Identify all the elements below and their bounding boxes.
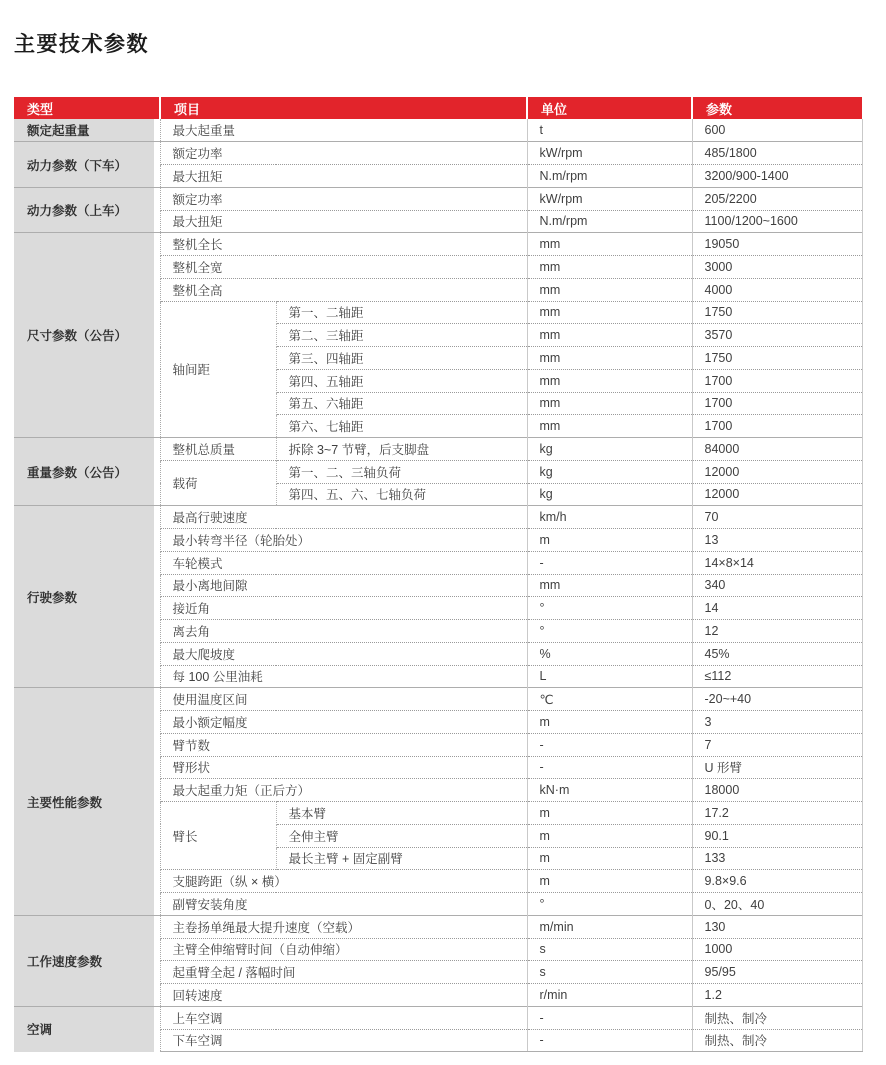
spec-table: 类型 项目 单位 参数 额定起重量最大起重量t600动力参数（下车）额定功率kW… bbox=[14, 97, 863, 1052]
value-cell: 1.2 bbox=[692, 984, 862, 1007]
value-cell: U 形臂 bbox=[692, 756, 862, 779]
item-cell: 使用温度区间 bbox=[160, 688, 527, 711]
item-cell: 臂节数 bbox=[160, 733, 527, 756]
header-param: 参数 bbox=[692, 97, 862, 119]
value-cell: 45% bbox=[692, 642, 862, 665]
unit-cell: mm bbox=[527, 301, 692, 324]
unit-cell: m bbox=[527, 711, 692, 734]
value-cell: 7 bbox=[692, 733, 862, 756]
value-cell: 17.2 bbox=[692, 802, 862, 825]
value-cell: 12 bbox=[692, 620, 862, 643]
table-row: 工作速度参数主卷扬单绳最大提升速度（空载）m/min130 bbox=[14, 915, 862, 938]
table-row: 额定起重量最大起重量t600 bbox=[14, 119, 862, 142]
value-cell: 600 bbox=[692, 119, 862, 142]
unit-cell: m/min bbox=[527, 915, 692, 938]
item-cell: 最大扭矩 bbox=[160, 165, 527, 188]
category-cell: 尺寸参数（公告） bbox=[14, 233, 160, 438]
unit-cell: - bbox=[527, 551, 692, 574]
unit-cell: kg bbox=[527, 460, 692, 483]
unit-cell: mm bbox=[527, 233, 692, 256]
item-cell: 最高行驶速度 bbox=[160, 506, 527, 529]
item-cell: 回转速度 bbox=[160, 984, 527, 1007]
value-cell: -20~+40 bbox=[692, 688, 862, 711]
value-cell: 340 bbox=[692, 574, 862, 597]
category-cell: 空调 bbox=[14, 1006, 160, 1052]
unit-cell: ° bbox=[527, 597, 692, 620]
sub-item-cell: 第五、六轴距 bbox=[276, 392, 527, 415]
item-cell: 接近角 bbox=[160, 597, 527, 620]
unit-cell: m bbox=[527, 847, 692, 870]
value-cell: 1700 bbox=[692, 369, 862, 392]
table-header: 类型 项目 单位 参数 bbox=[14, 97, 862, 119]
value-cell: 485/1800 bbox=[692, 142, 862, 165]
item-cell: 载荷 bbox=[160, 460, 276, 506]
category-cell: 动力参数（下车） bbox=[14, 142, 160, 188]
value-cell: 130 bbox=[692, 915, 862, 938]
unit-cell: mm bbox=[527, 392, 692, 415]
unit-cell: r/min bbox=[527, 984, 692, 1007]
category-cell: 行驶参数 bbox=[14, 506, 160, 688]
value-cell: 3 bbox=[692, 711, 862, 734]
value-cell: 制热、制冷 bbox=[692, 1029, 862, 1052]
item-cell: 最小离地间隙 bbox=[160, 574, 527, 597]
unit-cell: L bbox=[527, 665, 692, 688]
item-cell: 主卷扬单绳最大提升速度（空载） bbox=[160, 915, 527, 938]
table-row: 重量参数（公告）整机总质量拆除 3~7 节臂，后支脚盘kg84000 bbox=[14, 438, 862, 461]
value-cell: 12000 bbox=[692, 460, 862, 483]
unit-cell: N.m/rpm bbox=[527, 165, 692, 188]
table-row: 行驶参数最高行驶速度km/h70 bbox=[14, 506, 862, 529]
item-cell: 最大扭矩 bbox=[160, 210, 527, 233]
item-cell: 起重臂全起 / 落幅时间 bbox=[160, 961, 527, 984]
unit-cell: % bbox=[527, 642, 692, 665]
unit-cell: m bbox=[527, 870, 692, 893]
sub-item-cell: 第四、五、六、七轴负荷 bbox=[276, 483, 527, 506]
sub-item-cell: 第一、二、三轴负荷 bbox=[276, 460, 527, 483]
value-cell: 205/2200 bbox=[692, 187, 862, 210]
unit-cell: - bbox=[527, 1029, 692, 1052]
item-cell: 臂长 bbox=[160, 802, 276, 870]
item-cell: 整机全宽 bbox=[160, 256, 527, 279]
category-cell: 动力参数（上车） bbox=[14, 187, 160, 233]
header-unit: 单位 bbox=[527, 97, 692, 119]
sub-item-cell: 第四、五轴距 bbox=[276, 369, 527, 392]
category-cell: 主要性能参数 bbox=[14, 688, 160, 916]
item-cell: 最大起重量 bbox=[160, 119, 527, 142]
unit-cell: s bbox=[527, 961, 692, 984]
page-title: 主要技术参数 bbox=[14, 33, 862, 57]
value-cell: 1750 bbox=[692, 301, 862, 324]
item-cell: 上车空调 bbox=[160, 1006, 527, 1029]
value-cell: 90.1 bbox=[692, 824, 862, 847]
item-cell: 最大起重力矩（正后方） bbox=[160, 779, 527, 802]
item-cell: 额定功率 bbox=[160, 142, 527, 165]
sub-item-cell: 拆除 3~7 节臂，后支脚盘 bbox=[276, 438, 527, 461]
value-cell: 1100/1200~1600 bbox=[692, 210, 862, 233]
sub-item-cell: 第三、四轴距 bbox=[276, 347, 527, 370]
value-cell: 1000 bbox=[692, 938, 862, 961]
value-cell: 13 bbox=[692, 529, 862, 552]
table-body: 额定起重量最大起重量t600动力参数（下车）额定功率kW/rpm485/1800… bbox=[14, 119, 862, 1052]
value-cell: 4000 bbox=[692, 278, 862, 301]
unit-cell: m bbox=[527, 802, 692, 825]
sub-item-cell: 第一、二轴距 bbox=[276, 301, 527, 324]
value-cell: 70 bbox=[692, 506, 862, 529]
unit-cell: ° bbox=[527, 893, 692, 916]
item-cell: 最小转弯半径（轮胎处） bbox=[160, 529, 527, 552]
value-cell: 3570 bbox=[692, 324, 862, 347]
unit-cell: ° bbox=[527, 620, 692, 643]
header-item: 项目 bbox=[160, 97, 527, 119]
item-cell: 整机全高 bbox=[160, 278, 527, 301]
value-cell: ≤112 bbox=[692, 665, 862, 688]
unit-cell: km/h bbox=[527, 506, 692, 529]
table-row: 动力参数（下车）额定功率kW/rpm485/1800 bbox=[14, 142, 862, 165]
unit-cell: kW/rpm bbox=[527, 187, 692, 210]
item-cell: 下车空调 bbox=[160, 1029, 527, 1052]
table-row: 空调上车空调-制热、制冷 bbox=[14, 1006, 862, 1029]
unit-cell: kg bbox=[527, 483, 692, 506]
unit-cell: mm bbox=[527, 369, 692, 392]
unit-cell: mm bbox=[527, 574, 692, 597]
unit-cell: m bbox=[527, 824, 692, 847]
item-cell: 支腿跨距（纵 × 横） bbox=[160, 870, 527, 893]
page: 主要技术参数 类型 项目 单位 参数 额定起重量最大起重量t600动力参数（下车… bbox=[0, 0, 886, 1052]
unit-cell: kg bbox=[527, 438, 692, 461]
item-cell: 最大爬坡度 bbox=[160, 642, 527, 665]
value-cell: 133 bbox=[692, 847, 862, 870]
category-cell: 工作速度参数 bbox=[14, 915, 160, 1006]
category-cell: 额定起重量 bbox=[14, 119, 160, 142]
sub-item-cell: 第六、七轴距 bbox=[276, 415, 527, 438]
value-cell: 1700 bbox=[692, 392, 862, 415]
unit-cell: t bbox=[527, 119, 692, 142]
value-cell: 19050 bbox=[692, 233, 862, 256]
item-cell: 主臂全伸缩臂时间（自动伸缩） bbox=[160, 938, 527, 961]
table-row: 主要性能参数使用温度区间℃-20~+40 bbox=[14, 688, 862, 711]
unit-cell: mm bbox=[527, 415, 692, 438]
sub-item-cell: 最长主臂 + 固定副臂 bbox=[276, 847, 527, 870]
sub-item-cell: 基本臂 bbox=[276, 802, 527, 825]
item-cell: 每 100 公里油耗 bbox=[160, 665, 527, 688]
unit-cell: ℃ bbox=[527, 688, 692, 711]
unit-cell: kW/rpm bbox=[527, 142, 692, 165]
unit-cell: mm bbox=[527, 278, 692, 301]
unit-cell: m bbox=[527, 529, 692, 552]
unit-cell: N.m/rpm bbox=[527, 210, 692, 233]
value-cell: 3000 bbox=[692, 256, 862, 279]
item-cell: 额定功率 bbox=[160, 187, 527, 210]
value-cell: 3200/900-1400 bbox=[692, 165, 862, 188]
unit-cell: mm bbox=[527, 347, 692, 370]
item-cell: 副臂安装角度 bbox=[160, 893, 527, 916]
value-cell: 0、20、40 bbox=[692, 893, 862, 916]
value-cell: 制热、制冷 bbox=[692, 1006, 862, 1029]
item-cell: 轴间距 bbox=[160, 301, 276, 438]
item-cell: 车轮模式 bbox=[160, 551, 527, 574]
category-cell: 重量参数（公告） bbox=[14, 438, 160, 506]
value-cell: 84000 bbox=[692, 438, 862, 461]
table-row: 动力参数（上车）额定功率kW/rpm205/2200 bbox=[14, 187, 862, 210]
value-cell: 18000 bbox=[692, 779, 862, 802]
value-cell: 14×8×14 bbox=[692, 551, 862, 574]
sub-item-cell: 全伸主臂 bbox=[276, 824, 527, 847]
value-cell: 1750 bbox=[692, 347, 862, 370]
value-cell: 9.8×9.6 bbox=[692, 870, 862, 893]
value-cell: 14 bbox=[692, 597, 862, 620]
value-cell: 1700 bbox=[692, 415, 862, 438]
item-cell: 最小额定幅度 bbox=[160, 711, 527, 734]
item-cell: 整机总质量 bbox=[160, 438, 276, 461]
item-cell: 离去角 bbox=[160, 620, 527, 643]
header-row: 类型 项目 单位 参数 bbox=[14, 97, 862, 119]
sub-item-cell: 第二、三轴距 bbox=[276, 324, 527, 347]
value-cell: 12000 bbox=[692, 483, 862, 506]
item-cell: 臂形状 bbox=[160, 756, 527, 779]
unit-cell: - bbox=[527, 756, 692, 779]
unit-cell: kN·m bbox=[527, 779, 692, 802]
unit-cell: s bbox=[527, 938, 692, 961]
table-row: 尺寸参数（公告）整机全长mm19050 bbox=[14, 233, 862, 256]
unit-cell: - bbox=[527, 733, 692, 756]
header-type: 类型 bbox=[14, 97, 160, 119]
unit-cell: mm bbox=[527, 256, 692, 279]
item-cell: 整机全长 bbox=[160, 233, 527, 256]
value-cell: 95/95 bbox=[692, 961, 862, 984]
unit-cell: - bbox=[527, 1006, 692, 1029]
unit-cell: mm bbox=[527, 324, 692, 347]
